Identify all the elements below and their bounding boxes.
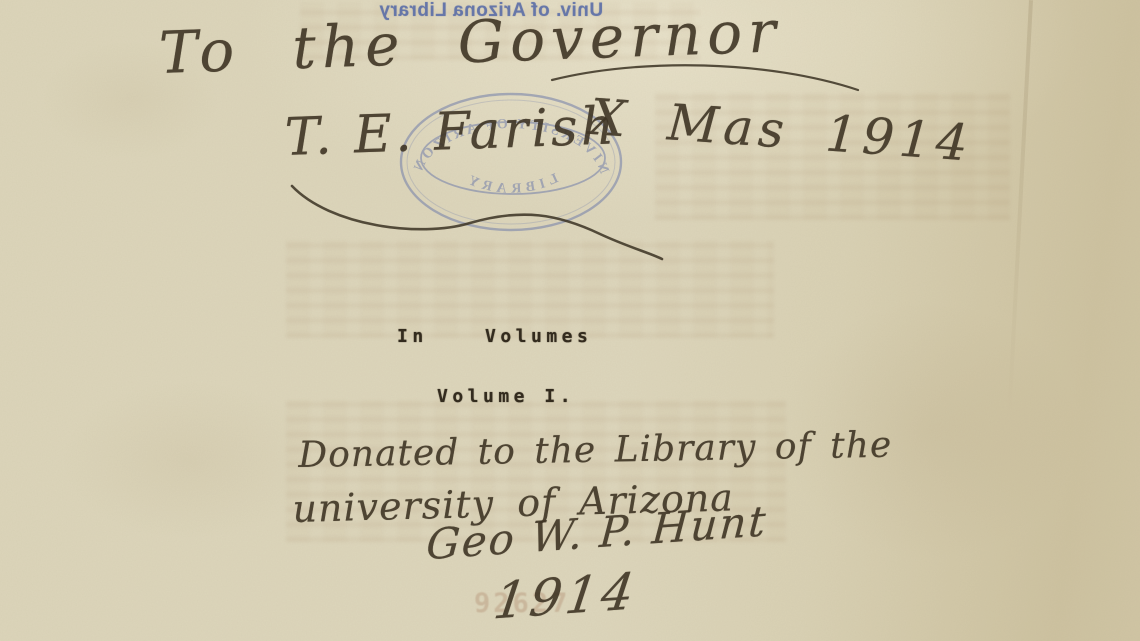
handwritten-dedication-line1: To the Governor — [158, 2, 783, 82]
handwritten-dedication-line2: X Mas 1914 — [589, 92, 975, 169]
text-bleedthrough-patch — [286, 240, 774, 338]
svg-text:LIBRARY: LIBRARY — [461, 171, 560, 196]
paper-stain — [60, 380, 320, 540]
stamp-arc-bottom-text: LIBRARY — [461, 171, 560, 196]
typed-volumes-label: Volumes — [485, 328, 592, 346]
page-crease — [1007, 0, 1033, 420]
handwritten-donation-line1: Donated to the Library of the — [298, 428, 893, 474]
document-page-scan: Univ. of Arizona Library UNIVERSITY OF A… — [0, 0, 1140, 641]
handwritten-signature-farish: T. E. Farish — [284, 100, 618, 164]
typed-in-label: In — [397, 328, 428, 346]
handwritten-donation-year: 1914 — [491, 566, 641, 627]
typed-volume-number: Volume I. — [437, 388, 575, 406]
